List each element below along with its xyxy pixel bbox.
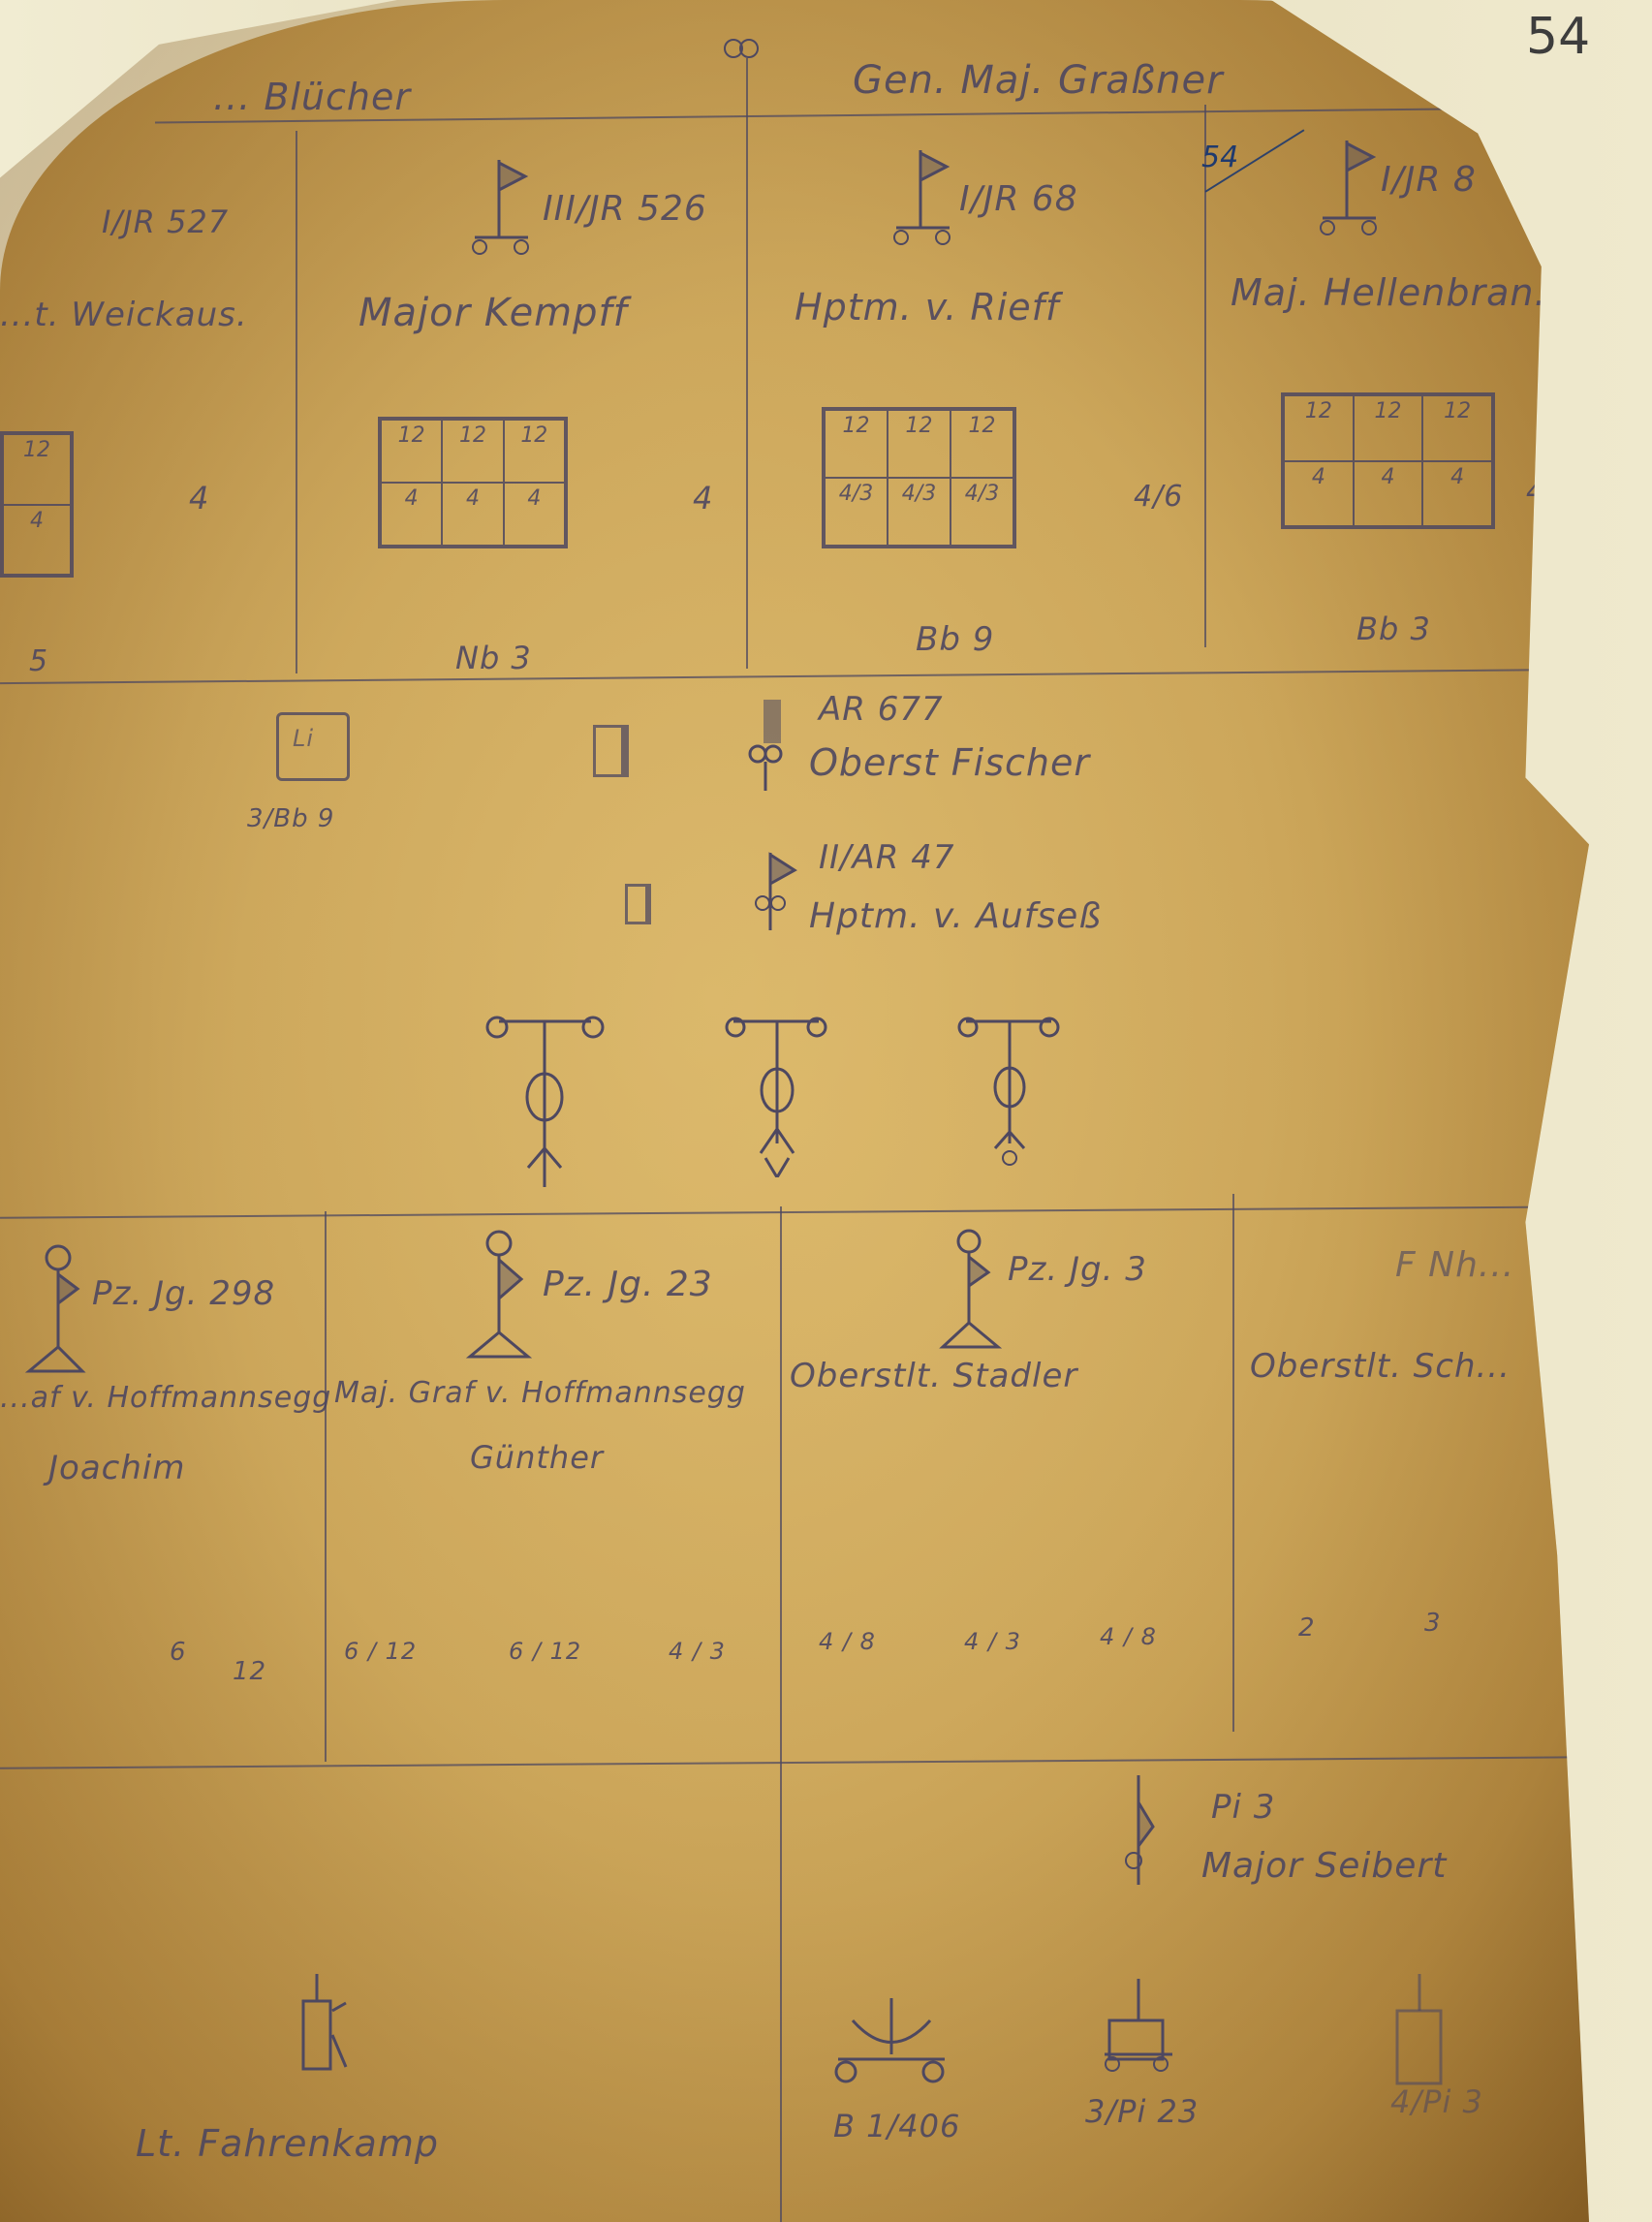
pioneer-battalion-icon [1114,1773,1163,1890]
antitank-flag-icon [465,1226,543,1361]
artillery-battalion-unit: II/AR 47 [819,838,954,877]
company-grid: 121212 444 [378,417,568,548]
commander-name: Maj. Hellenbran... [1231,271,1573,314]
equipment-label: 4 / 8 [1100,1623,1157,1650]
commander-name: ...af v. Hoffmannsegg [0,1381,331,1415]
light-column-label: 3/Bb 9 [247,804,334,833]
commander-name: ...t. Weickaus. [0,296,248,334]
equipment-label: 4 / 3 [669,1638,726,1665]
unit-label: Pz. Jg. 298 [92,1274,275,1313]
artillery-battery-icon [722,1008,833,1177]
equipment-label: 6 / 12 [509,1638,581,1665]
company-grid: 124 [0,431,74,578]
header-right-commander: Gen. Maj. Graßner [853,58,1224,103]
division-hq-symbol-icon [722,29,761,68]
divider [325,1211,327,1762]
cell-footer: Bb 3 [1356,610,1431,647]
unit-label: F Nh... [1395,1245,1514,1285]
divider [780,1206,782,2222]
equipment-label: 6 / 12 [344,1638,417,1665]
commander-name: Oberstlt. Stadler [790,1357,1077,1395]
unit-label: III/JR 526 [543,189,707,229]
crossed-out-number: 54 [1201,141,1238,174]
equipment-label: 3 [1424,1609,1442,1638]
cell-footer: Nb 3 [455,640,532,676]
artillery-battalion-flag-icon [741,843,799,940]
sub-unit-label: B 1/406 [833,2108,960,2144]
infantry-battalion-flag-icon [887,145,964,252]
artillery-regiment-hq-icon [736,698,795,795]
commander-name: Maj. Graf v. Hoffmannsegg [334,1376,746,1410]
divider [746,58,748,669]
infantry-battalion-flag-icon [465,155,543,262]
column-vehicle-k-icon [296,1972,354,2074]
commander-name: Hptm. v. Rieff [795,286,1059,329]
unit-label: Pz. Jg. 3 [1008,1250,1147,1289]
artillery-regiment-commander: Oberst Fischer [809,741,1090,784]
heavy-weapon-count: 4 [189,480,209,516]
divider [296,131,297,673]
heavy-weapon-count: 4/6 [1134,480,1183,514]
pioneer-unit: Pi 3 [1211,1788,1275,1827]
cell-footer: Bb 9 [916,620,994,659]
observation-post-icon [593,725,629,777]
bridge-column-icon [828,1996,954,2088]
sub-unit-label: 4/Pi 3 [1390,2083,1483,2120]
equipment-label: 12 [233,1657,266,1686]
light-column-vehicle-icon: Li [276,712,350,781]
equipment-label: 4 / 3 [964,1628,1021,1655]
cell-footer: 5 [29,644,48,678]
divider [1204,105,1206,647]
heavy-weapon-count: 4 [693,480,713,516]
antitank-flag-icon [935,1226,1013,1352]
commander-name: Major Kempff [358,291,628,335]
divider [1232,1194,1234,1732]
company-grid: 121212 4/34/34/3 [822,407,1016,548]
unit-label: I/JR 8 [1381,160,1477,200]
unit-label: I/JR 527 [102,203,229,240]
sub-unit-label: 3/Pi 23 [1085,2093,1199,2130]
commander-name: Oberstlt. Sch... [1250,1347,1511,1386]
artillery-regiment-unit: AR 677 [819,690,944,729]
equipment-label: 6 [170,1638,187,1667]
equipment-label: 4 / 8 [819,1628,876,1655]
pioneer-commander: Major Seibert [1201,1846,1447,1886]
antitank-flag-icon [24,1240,92,1376]
equipment-label: 2 [1298,1613,1316,1643]
commander-name: Lt. Fahrenkamp [136,2122,439,2165]
company-grid: 121212 444 [1281,392,1495,529]
header-left-commander: ... Blücher [213,76,411,118]
pioneer-company-icon [1095,1977,1182,2074]
artillery-battalion-commander: Hptm. v. Aufseß [809,896,1102,936]
order-of-battle-sheet: ... Blücher Gen. Maj. Graßner 54 I/JR 52… [0,0,1589,2222]
pioneer-company-icon [1386,1972,1453,2088]
artillery-battery-icon [954,1008,1066,1173]
unit-label: I/JR 68 [959,179,1078,219]
artillery-battery-icon [480,1008,610,1192]
unit-label: Pz. Jg. 23 [543,1265,713,1304]
commander-given-name: Günther [470,1439,604,1476]
infantry-battalion-flag-icon [1313,136,1390,242]
archive-page-number: 54 [1526,8,1590,66]
observation-post-icon [625,884,651,924]
commander-given-name: Joachim [48,1449,185,1487]
